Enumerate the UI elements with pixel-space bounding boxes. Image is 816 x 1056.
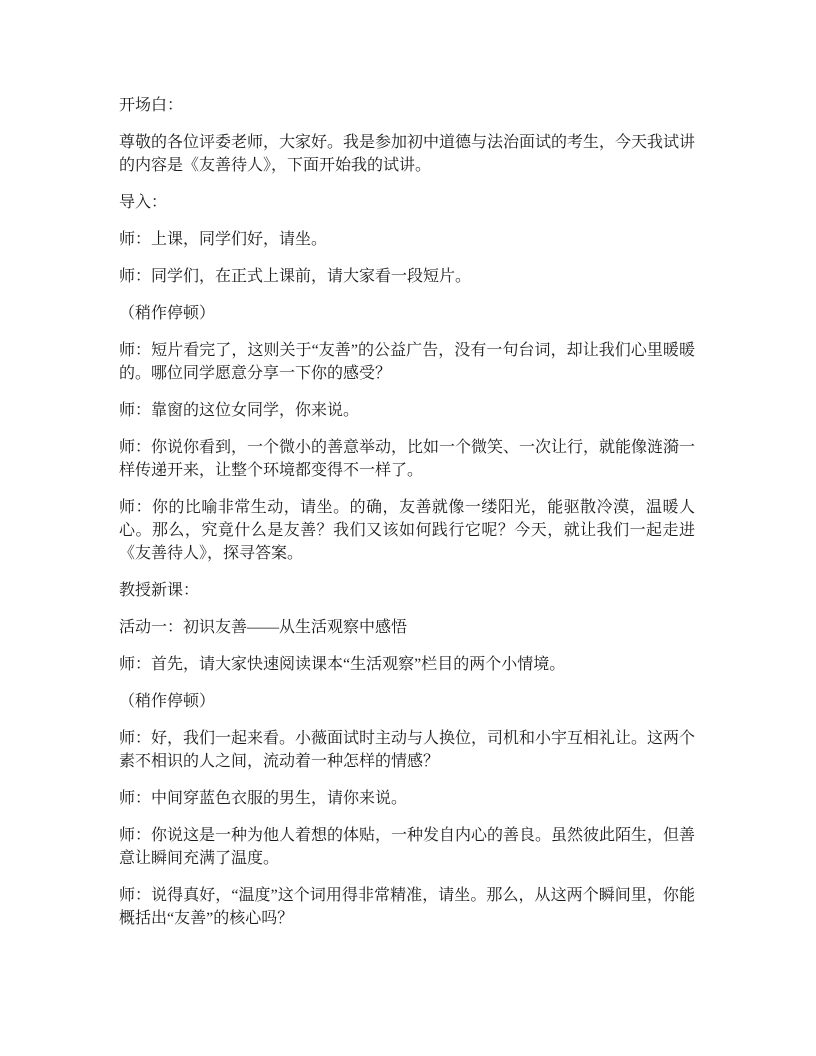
paragraph-teacher-line: 师：首先，请大家快速阅读课本“生活观察”栏目的两个小情境。 [119,653,695,676]
paragraph-teacher-line: 师：说得真好，“温度”这个词用得非常精准，请坐。那么，从这两个瞬间里，你能概括出… [119,884,695,930]
paragraph-stage-direction: （稍作停顿） [119,690,695,713]
paragraph-narration: 尊敬的各位评委老师，大家好。我是参加初中道德与法治面试的考生，今天我试讲的内容是… [119,131,695,177]
paragraph-teacher-line: 师：上课，同学们好，请坐。 [119,228,695,251]
paragraph-teacher-line: 师：你说你看到，一个微小的善意举动，比如一个微笑、一次让行，就能像涟漪一样传递开… [119,436,695,482]
paragraph-teacher-line: 师：短片看完了，这则关于“友善”的公益广告，没有一句台词，却让我们心里暖暖的。哪… [119,339,695,385]
paragraph-teacher-line: 师：你说这是一种为他人着想的体贴，一种发自内心的善良。虽然彼此陌生，但善意让瞬间… [119,824,695,870]
paragraph-section-label: 教授新课： [119,579,695,602]
paragraph-teacher-line: 师：中间穿蓝色衣服的男生，请你来说。 [119,787,695,810]
paragraph-teacher-line: 师：好，我们一起来看。小薇面试时主动与人换位，司机和小宇互相礼让。这两个素不相识… [119,727,695,773]
paragraph-teacher-line: 师：同学们，在正式上课前，请大家看一段短片。 [119,265,695,288]
paragraph-teacher-line: 师：你的比喻非常生动，请坐。的确，友善就像一缕阳光，能驱散冷漠，温暖人心。那么，… [119,496,695,565]
paragraph-section-label: 导入： [119,191,695,214]
paragraph-stage-direction: （稍作停顿） [119,302,695,325]
document-content: 开场白：尊敬的各位评委老师，大家好。我是参加初中道德与法治面试的考生，今天我试讲… [119,94,695,930]
document-page: 开场白：尊敬的各位评委老师，大家好。我是参加初中道德与法治面试的考生，今天我试讲… [0,0,816,1056]
paragraph-teacher-line: 师：靠窗的这位女同学，你来说。 [119,399,695,422]
paragraph-activity-title: 活动一：初识友善——从生活观察中感悟 [119,616,695,639]
paragraph-section-label: 开场白： [119,94,695,117]
